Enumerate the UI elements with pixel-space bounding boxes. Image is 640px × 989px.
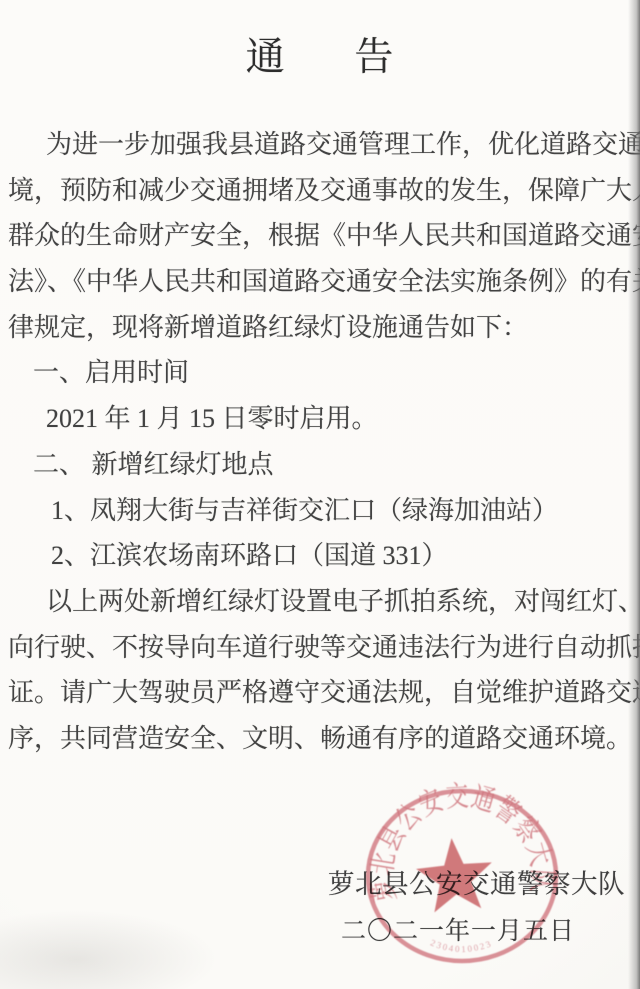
body-line: 境，预防和减少交通拥堵及交通事故的发生，保障广大人民 [8, 168, 632, 214]
body-line: 群众的生命财产安全，根据《中华人民共和国道路交通安全 [8, 213, 632, 259]
star-icon [414, 835, 496, 914]
body-line: 为进一步加强我县道路交通管理工作，优化道路交通环 [8, 122, 632, 168]
section-heading-2: 二、 新增红绿灯地点 [8, 442, 632, 488]
notice-body: 为进一步加强我县道路交通管理工作，优化道路交通环 境，预防和减少交通拥堵及交通事… [8, 122, 632, 762]
official-seal: 萝北县公安交通警察大队 2304010023 [357, 776, 567, 976]
seal-serial-holder: 2304010023 [429, 938, 494, 955]
body-line: 以上两处新增红绿灯设置电子抓拍系统，对闯红灯、逆 [8, 579, 632, 625]
body-line: 法》、《中华人民共和国道路交通安全法实施条例》的有关法 [8, 259, 632, 305]
body-line: 2021 年 1 月 15 日零时启用。 [8, 396, 632, 442]
notice-document-page: 通 告 为进一步加强我县道路交通管理工作，优化道路交通环 境，预防和减少交通拥堵… [0, 0, 640, 989]
body-line: 序，共同营造安全、文明、畅通有序的道路交通环境。 [8, 716, 632, 762]
body-line: 律规定，现将新增道路红绿灯设施通告如下： [8, 305, 632, 351]
section-heading-1: 一、启用时间 [8, 350, 632, 396]
body-line: 证。请广大驾驶员严格遵守交通法规，自觉维护道路交通秩 [8, 670, 632, 716]
body-line: 向行驶、不按导向车道行驶等交通违法行为进行自动抓拍取 [8, 625, 632, 671]
seal-serial-number: 2304010023 [429, 938, 494, 955]
list-item-2: 2、江滨农场南环路口（国道 331） [8, 533, 632, 579]
list-item-1: 1、凤翔大街与吉祥街交汇口（绿海加油站） [8, 488, 632, 534]
page-title: 通 告 [0, 26, 640, 82]
